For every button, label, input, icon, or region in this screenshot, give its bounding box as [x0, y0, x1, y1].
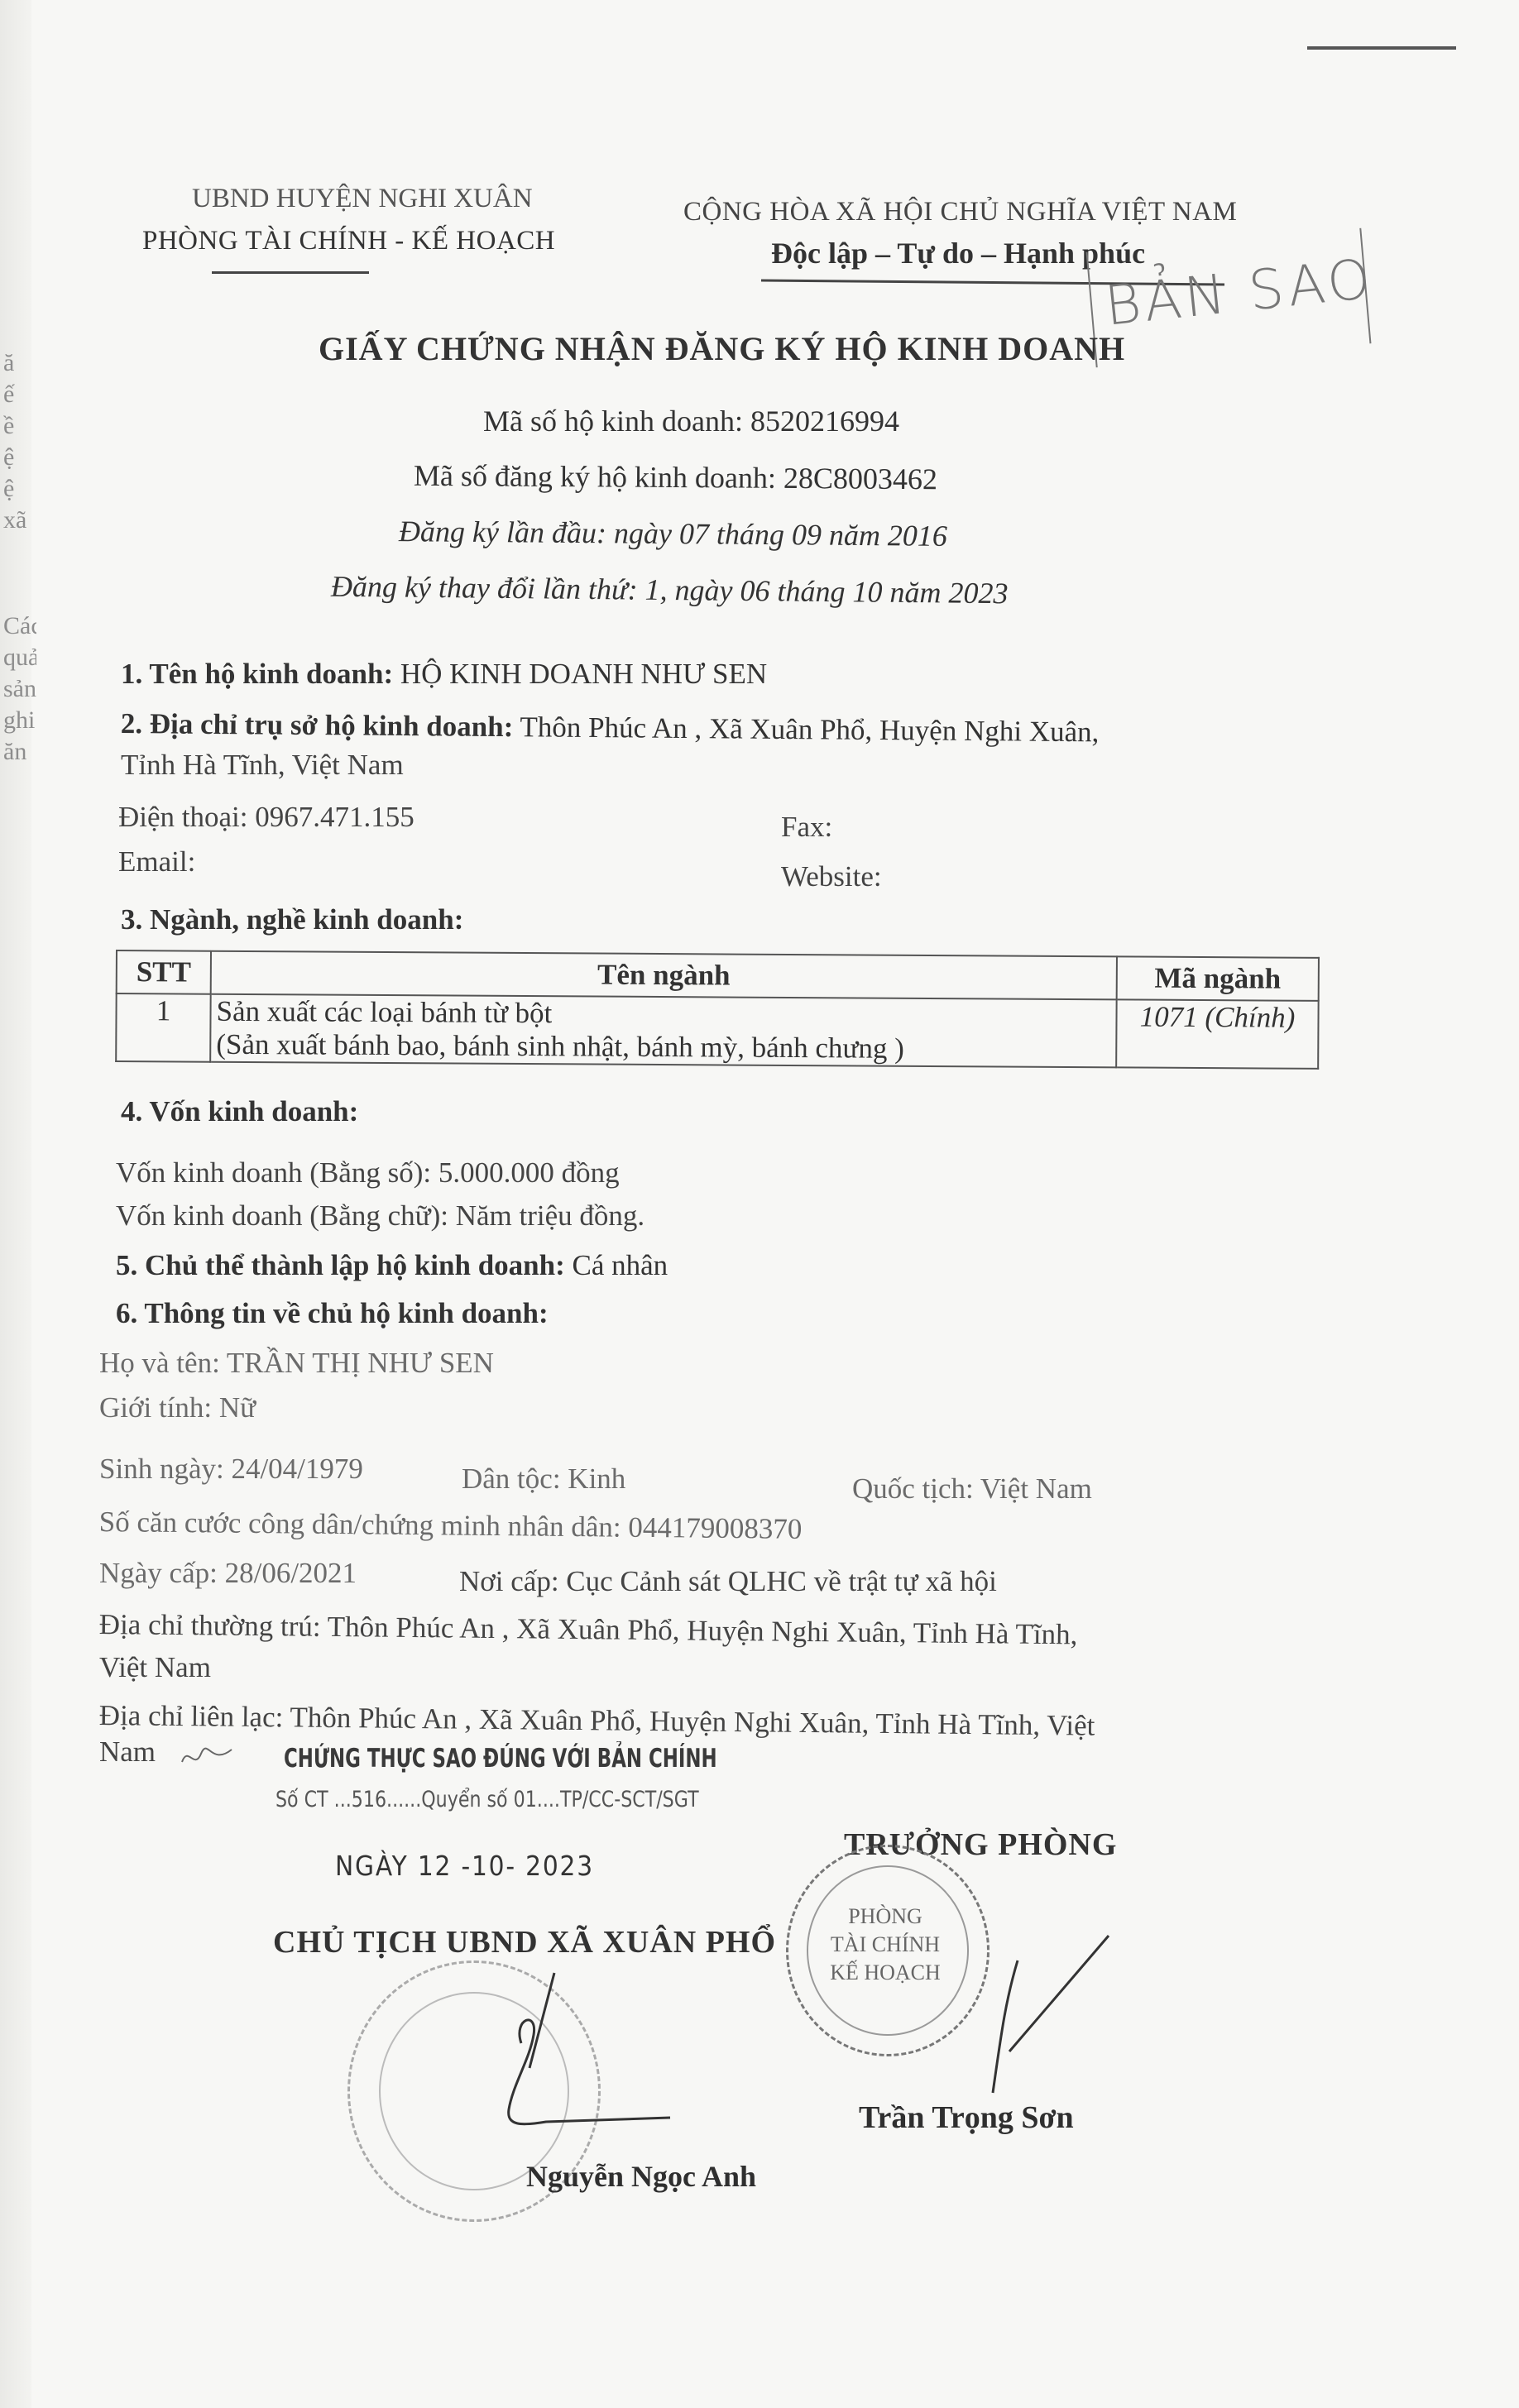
address-label: 2. Địa chỉ trụ sở hộ kinh doanh: — [121, 707, 514, 743]
fragment: ă — [3, 347, 36, 379]
national-title: CỘNG HÒA XÃ HỘI CHỦ NGHĨA VIỆT NAM — [683, 197, 1237, 227]
owner-permanent-address: Địa chỉ thường trú: Thôn Phúc An , Xã Xu… — [99, 1608, 1078, 1651]
fax: Fax: — [781, 811, 832, 844]
business-name-label: 1. Tên hộ kinh doanh: — [121, 658, 393, 690]
fragment: ề — [3, 410, 36, 442]
owner-contact-address: Địa chỉ liên lạc: Thôn Phúc An , Xã Xuân… — [99, 1699, 1095, 1743]
issuing-department: PHÒNG TÀI CHÍNH - KẾ HOẠCH — [142, 226, 555, 256]
founder-type-label: 5. Chủ thể thành lập hộ kinh doanh: — [116, 1249, 565, 1281]
document-page: ă ế ề ệ ệ xã Các quả sản ghi ăn UBND HUY… — [0, 0, 1519, 2408]
header-industry-name: Tên ngành — [211, 951, 1117, 1000]
department-head-name: Trần Trọng Sơn — [859, 2099, 1074, 2136]
certification-number: Số CT ...516......Quyển số 01....TP/CC-S… — [276, 1787, 699, 1812]
certification-date: NGÀY 12 -10- 2023 — [335, 1850, 594, 1882]
header-stt: STT — [117, 950, 211, 994]
issuing-authority: UBND HUYỆN NGHI XUÂN — [192, 184, 533, 214]
table-header-row: STT Tên ngành Mã ngành — [117, 950, 1319, 1001]
owner-nationality: Quốc tịch: Việt Nam — [852, 1472, 1092, 1506]
change-registration-date: Đăng ký thay đổi lần thứ: 1, ngày 06 thá… — [331, 569, 1009, 611]
industry-name-line1: Sản xuất các loại bánh từ bột — [216, 995, 1110, 1034]
fragment: ệ — [3, 442, 36, 473]
owner-contact-address-cont: Nam — [99, 1735, 156, 1769]
row-industry-name: Sản xuất các loại bánh từ bột (Sản xuất … — [210, 994, 1116, 1068]
business-name-value: HỘ KINH DOANH NHƯ SEN — [400, 658, 767, 690]
row-industry-code: 1071 (Chính) — [1116, 999, 1318, 1068]
section-business-name: 1. Tên hộ kinh doanh: HỘ KINH DOANH NHƯ … — [121, 658, 767, 691]
fragment: ghi — [3, 705, 36, 736]
capital-number: Vốn kinh doanh (Bằng số): 5.000.000 đồng — [116, 1156, 620, 1190]
fragment: ế — [3, 379, 36, 410]
industry-label: 3. Ngành, nghề kinh doanh: — [121, 903, 463, 936]
section-owner-info: 6. Thông tin về chủ hộ kinh doanh: — [116, 1297, 549, 1330]
fragment: xã — [3, 505, 36, 536]
owner-id-number: Số căn cước công dân/chứng minh nhân dân… — [99, 1506, 803, 1546]
certification-signer-name: Nguyễn Ngọc Anh — [526, 2159, 756, 2194]
industry-table: STT Tên ngành Mã ngành 1 Sản xuất các lo… — [115, 950, 1320, 1070]
section-founder-type: 5. Chủ thể thành lập hộ kinh doanh: Cá n… — [116, 1249, 668, 1282]
certification-title: CHỨNG THỰC SAO ĐÚNG VỚI BẢN CHÍNH — [284, 1744, 717, 1774]
owner-ethnicity: Dân tộc: Kinh — [462, 1463, 625, 1496]
section-industry: 3. Ngành, nghề kinh doanh: — [121, 903, 463, 936]
margin-fragments: ă ế ề ệ ệ xã Các quả sản ghi ăn — [3, 347, 36, 768]
founder-type-value: Cá nhân — [573, 1249, 668, 1281]
website: Website: — [781, 860, 882, 893]
business-code: Mã số hộ kinh doanh: 8520216994 — [483, 404, 899, 438]
owner-permanent-address-cont: Việt Nam — [99, 1651, 211, 1684]
address-value-cont: Tỉnh Hà Tĩnh, Việt Nam — [121, 749, 404, 782]
owner-gender: Giới tính: Nữ — [99, 1391, 256, 1424]
capital-words: Vốn kinh doanh (Bằng chữ): Năm triệu đồn… — [116, 1199, 644, 1233]
first-registration-date: Đăng ký lần đầu: ngày 07 tháng 09 năm 20… — [399, 514, 947, 553]
document-title: GIẤY CHỨNG NHẬN ĐĂNG KÝ HỘ KINH DOANH — [319, 329, 1125, 368]
address-value: Thôn Phúc An , Xã Xuân Phổ, Huyện Nghi X… — [520, 711, 1099, 748]
email: Email: — [118, 845, 195, 878]
header-left-underline — [212, 271, 369, 274]
owner-id-issue-date: Ngày cấp: 28/06/2021 — [99, 1557, 357, 1590]
certification-signer-title: CHỦ TỊCH UBND XÃ XUÂN PHỔ — [273, 1924, 776, 1960]
chairman-signature-icon — [430, 1969, 596, 2151]
seal-line: PHÒNG — [815, 1903, 956, 1931]
fragment: Các — [3, 610, 36, 642]
department-head-signature-icon — [910, 1927, 1125, 2109]
fragment: ăn — [3, 736, 36, 768]
table-row: 1 Sản xuất các loại bánh từ bột (Sản xuấ… — [116, 993, 1318, 1069]
capital-label: 4. Vốn kinh doanh: — [121, 1095, 358, 1127]
scan-artifact-line — [1307, 46, 1456, 50]
owner-full-name: Họ và tên: TRẦN THỊ NHƯ SEN — [99, 1347, 494, 1380]
section-capital: 4. Vốn kinh doanh: — [121, 1095, 358, 1128]
owner-info-label: 6. Thông tin về chủ hộ kinh doanh: — [116, 1297, 549, 1329]
owner-id-issue-place: Nơi cấp: Cục Cảnh sát QLHC về trật tự xã… — [459, 1565, 997, 1598]
registration-code: Mã số đăng ký hộ kinh doanh: 28C8003462 — [414, 458, 937, 496]
initials-signature-icon — [178, 1737, 236, 1778]
header-industry-code: Mã ngành — [1117, 956, 1319, 1000]
fragment: quả — [3, 642, 36, 673]
fragment: sản — [3, 673, 36, 705]
owner-dob: Sinh ngày: 24/04/1979 — [99, 1453, 363, 1486]
industry-name-line2: (Sản xuất bánh bao, bánh sinh nhật, bánh… — [216, 1028, 1110, 1067]
fragment: ệ — [3, 473, 36, 505]
phone: Điện thoại: 0967.471.155 — [118, 801, 414, 834]
row-stt: 1 — [116, 993, 210, 1062]
section-address: 2. Địa chỉ trụ sở hộ kinh doanh: Thôn Ph… — [121, 707, 1100, 749]
